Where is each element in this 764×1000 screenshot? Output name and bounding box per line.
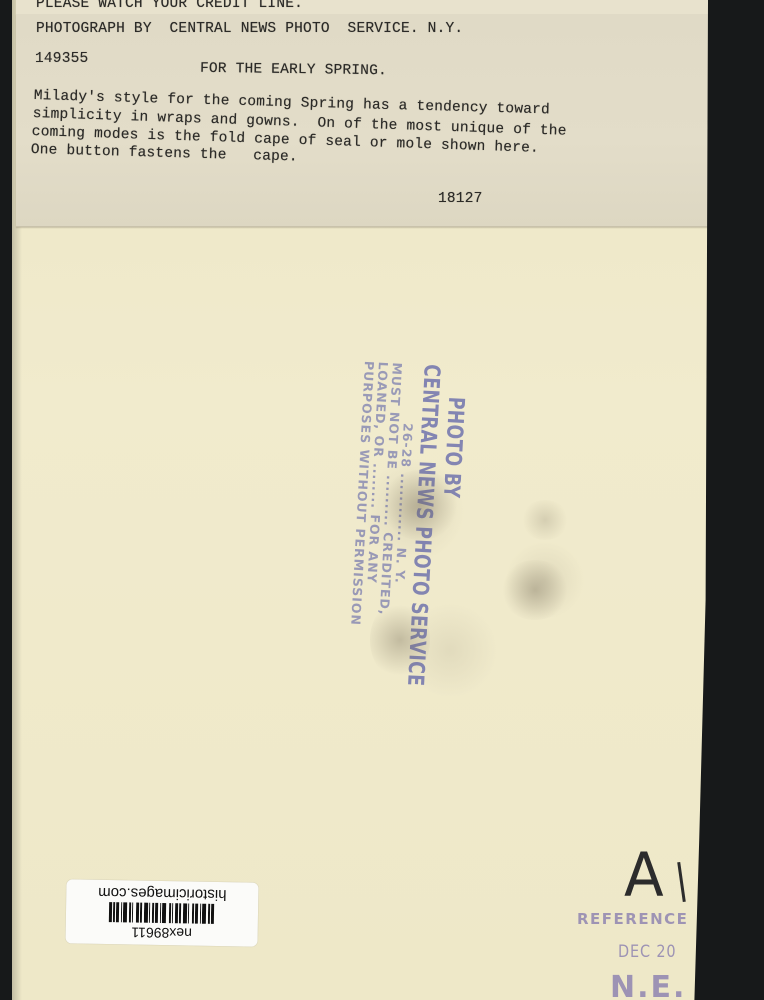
reference-stamp-line-3: N.E. (610, 970, 686, 1000)
stain-smudge (380, 470, 460, 540)
barcode-site: historicimages.com (98, 884, 227, 902)
credit-line-warning: PLEASE WATCH YOUR CREDIT LINE. (36, 0, 303, 12)
stain-smudge (500, 560, 570, 620)
stain-smudge (370, 600, 430, 680)
stain-smudge (520, 500, 570, 540)
caption-title: FOR THE EARLY SPRING. (200, 62, 387, 79)
barcode-sticker: nex89611 (65, 879, 258, 946)
photo-number: 149355 (35, 52, 88, 67)
reference-stamp-line-1: REFERENCE (577, 910, 688, 928)
handwritten-letter: A (624, 845, 664, 906)
credit-line-photographer: PHOTOGRAPH BY CENTRAL NEWS PHOTO SERVICE… (36, 22, 463, 37)
scanned-photo-back: PLEASE WATCH YOUR CREDIT LINE. PHOTOGRAP… (0, 0, 764, 1000)
barcode-icon (109, 903, 214, 925)
central-news-ink-stamp: PHOTO BY CENTRAL NEWS PHOTO SERVICE 26-2… (340, 361, 469, 779)
reference-stamp-date: DEC 20 (618, 942, 676, 962)
file-number: 18127 (438, 192, 483, 207)
barcode-code: nex89611 (131, 925, 192, 941)
